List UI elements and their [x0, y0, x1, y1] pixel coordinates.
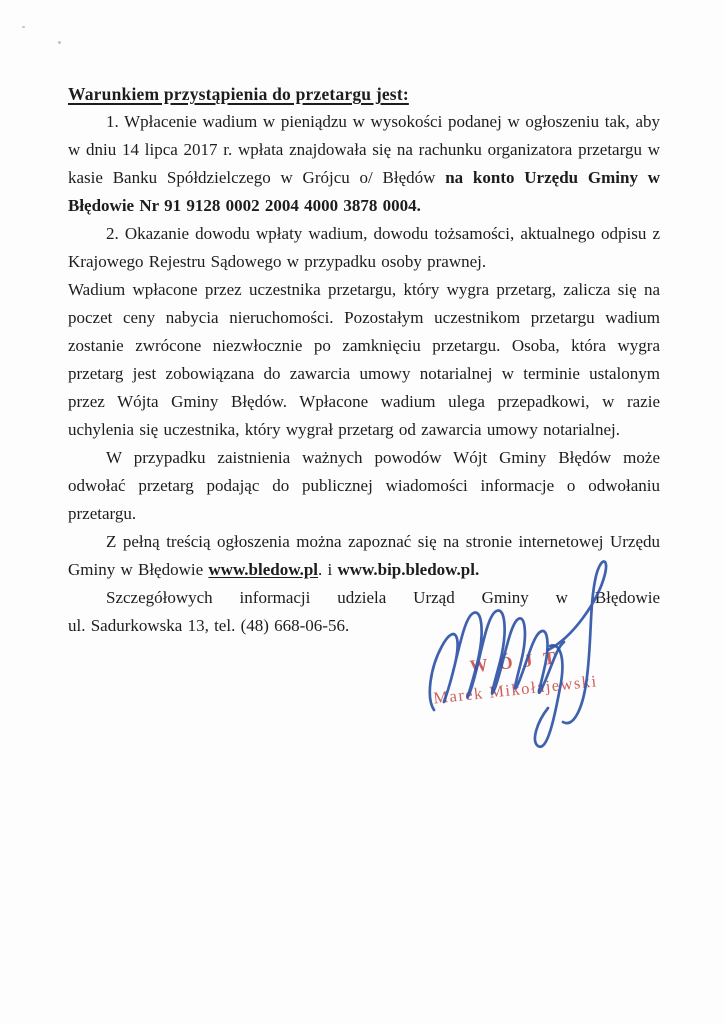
paragraph-text: 2. Okazanie dowodu wpłaty wadium, dowodu… [68, 224, 660, 271]
paragraph-wadium-rules: Wadium wpłacone przez uczestnika przetar… [68, 276, 660, 444]
paragraph-cancellation: W przypadku zaistnienia ważnych powodów … [68, 444, 660, 528]
scan-artifact [22, 26, 25, 28]
paragraph-proof-of-payment: 2. Okazanie dowodu wpłaty wadium, dowodu… [68, 220, 660, 276]
document-heading: Warunkiem przystąpienia do przetargu jes… [68, 80, 660, 108]
scan-artifact [58, 41, 61, 44]
signature-area: WÓJT Marek Mikołajewski [400, 552, 640, 772]
paragraph-text: W przypadku zaistnienia ważnych powodów … [68, 448, 660, 523]
scanned-document-page: Warunkiem przystąpienia do przetargu jes… [0, 0, 724, 1024]
paragraph-wadium-payment: 1. Wpłacenie wadium w pieniądzu w wysoko… [68, 108, 660, 220]
paragraph-text: Wadium wpłacone przez uczestnika przetar… [68, 280, 660, 439]
handwritten-signature-icon [400, 552, 640, 772]
website-url: www.bledow.pl [208, 560, 318, 579]
paragraph-text: . i [318, 560, 337, 579]
